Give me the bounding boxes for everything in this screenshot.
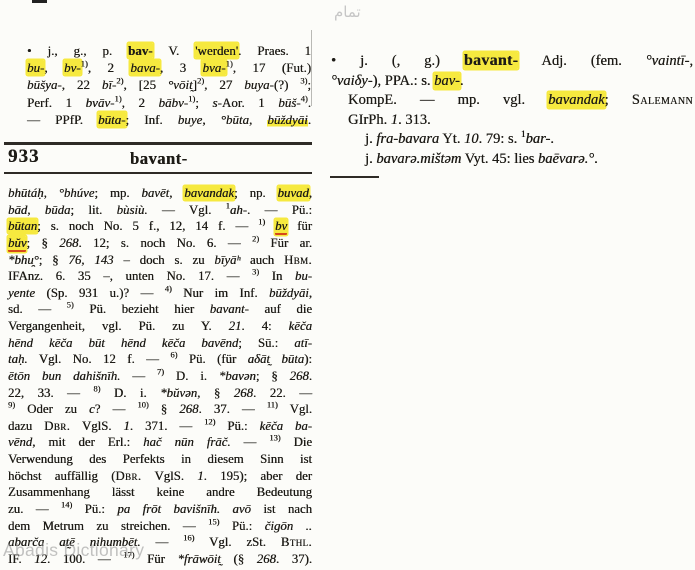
text-run: . 22. — <box>253 386 312 400</box>
text-line: höchst auffällig (Dbr. VglS. 1. 195); ab… <box>8 468 312 485</box>
text-run: *frāwōit̰ <box>177 552 220 566</box>
text-run: ah- <box>230 203 247 217</box>
text-run: bvāv- <box>86 95 115 110</box>
text-run: °vaiδy- <box>331 73 373 89</box>
text-run: — PPfP. <box>27 112 98 127</box>
text-run: ; § <box>39 253 69 267</box>
header-rule-top <box>4 142 312 145</box>
text-run: — <box>120 369 157 383</box>
text-run: GIrPh. <box>348 112 391 128</box>
text-run: bavēt <box>141 186 169 200</box>
text-run: , 3 <box>160 60 203 75</box>
text-run: Nur im Inf. <box>172 286 269 300</box>
column-number: 933 <box>8 146 40 168</box>
highlighted-text: būta- <box>98 112 125 127</box>
text-run: buye <box>178 112 203 127</box>
text-line: vēnd, mit der Erl.: hač nūn frāč. — 13) … <box>8 434 312 451</box>
text-line: IF. 12. 100. — 17) Für *frāwōit̰ (§ 268.… <box>8 551 312 568</box>
text-run: , <box>689 53 693 69</box>
text-run: , 22 <box>62 77 102 92</box>
text-run: . 371. — <box>130 419 204 433</box>
text-run: buya- <box>244 77 274 92</box>
highlighted-text: bv <box>275 219 287 235</box>
text-line: KompE. — mp. vgl. bavandak; Salemann <box>331 91 693 111</box>
text-run: 268 <box>179 402 198 416</box>
text-run: Dbr. <box>44 419 70 433</box>
text-line: būšya-, 22 bī-2), [25 °vōit̰]2), 27 buya… <box>27 76 311 93</box>
text-line: dem Metrum zu streichen. — 15) Pü.: čigō… <box>8 518 312 535</box>
text-run: , <box>249 112 267 127</box>
text-run: (?) <box>274 77 300 92</box>
text-run: ; § <box>256 369 290 383</box>
text-run: Dbr. <box>115 469 141 483</box>
text-run: bùsiù. <box>117 203 148 217</box>
text-line: Perf. 1 bvāv-1), 2 bābv-1); s-Aor. 1 būš… <box>27 94 311 111</box>
text-run: Vgl. zSt. <box>194 535 280 549</box>
text-run: . <box>594 151 598 167</box>
text-run: bar- <box>526 131 551 147</box>
text-line: yente (Sp. 931 u.)? — 4) Nur im Inf. būž… <box>8 285 312 302</box>
text-line: Verwendung des Perfekts in diesem Sinn i… <box>8 451 312 468</box>
text-run: . 195); aber der <box>204 469 312 483</box>
text-run: baēvarə.° <box>538 151 594 167</box>
text-run: pa frōt bavišnīh. <box>117 502 220 516</box>
text-line: 9) Oder zu c? — 10) § 268. 37. — 11) Vgl… <box>8 401 312 418</box>
text-line: bu-, bv-1), 2 bava-, 3 bva-1), 17 (Fut.) <box>27 59 311 76</box>
text-run: zu. — <box>8 502 61 516</box>
text-run: ; s. noch No. 5 f., 12, 14 f. — <box>37 219 258 233</box>
footnote-ref: 16) <box>183 533 194 543</box>
text-run: taḥ. <box>8 352 28 366</box>
text-run: 21 <box>229 319 242 333</box>
footnote-ref: 12) <box>204 416 215 426</box>
text-run: bavant- <box>210 302 249 316</box>
text-line: abarča at̰ē nihumbēt. — 16) Vgl. zSt. Bt… <box>8 534 312 551</box>
entry-bav: • j., g., p. bav- V. 'werden'. Praes. 1b… <box>10 42 311 128</box>
text-run: KompE. — mp. vgl. <box>348 92 548 108</box>
text-run: dem Metrum zu streichen. — <box>8 519 208 533</box>
text-run: (§ <box>221 552 257 566</box>
text-run: bābv- <box>158 95 188 110</box>
text-run: , 17 (Fut.) <box>233 60 311 75</box>
text-run: für <box>287 219 312 233</box>
running-headword: bavant- <box>130 149 188 169</box>
text-run: Pü. (für <box>177 352 247 366</box>
text-run: IFAnz. 6. 35 –, unten No. 17. — <box>8 269 252 283</box>
text-run: °vōit̰ <box>168 77 193 92</box>
text-run: *bavən <box>219 369 256 383</box>
text-run: sd. — <box>8 302 67 316</box>
text-run: ? — <box>95 402 138 416</box>
text-run: Oder zu <box>15 402 89 416</box>
text-line: *bhu̯°; § 76, 143 – doch s. zu bīyāʰ auc… <box>8 252 312 269</box>
text-run: bād <box>8 203 27 217</box>
text-run: °bhúve <box>59 186 95 200</box>
text-run: Vgl. <box>278 402 312 416</box>
text-run: . — Pü.: <box>247 203 312 217</box>
highlighted-text: bva- <box>202 60 225 75</box>
text-run: • j., g., p. <box>27 43 128 58</box>
entry-bavant: • j. (, g.) bavant- Adj. (fem. °vaintī-,… <box>331 51 693 170</box>
text-run: , <box>309 286 312 300</box>
text-run: 268 <box>257 552 276 566</box>
footnote-ref: 4) <box>165 283 172 293</box>
text-run: . <box>550 131 554 147</box>
text-run: Die <box>281 435 312 449</box>
footnote-ref: 7) <box>157 367 164 377</box>
text-run: 1 <box>391 112 398 128</box>
text-run: , § <box>197 386 234 400</box>
text-line: j. fra-bavara Yt. 10. 79: s. 1bar-. <box>331 130 693 150</box>
text-run: ; np. <box>234 186 277 200</box>
text-run: Pü.: <box>72 502 117 516</box>
text-run: , 27 <box>204 77 244 92</box>
text-run: -Aor. 1 <box>217 95 278 110</box>
text-run: – doch s. zu <box>113 253 214 267</box>
text-run: In <box>259 269 295 283</box>
text-run: IF. <box>8 552 34 566</box>
text-run: ), PPA.: s. <box>373 73 435 89</box>
text-line: sd. — 5) Pü. bezieht hier bavant- auf di… <box>8 301 312 318</box>
text-line: bād, būda; lit. bùsiù. — Vgl. 1ah-. — Pü… <box>8 202 312 219</box>
text-run: . 79: s. <box>478 131 520 147</box>
text-line: • j., g., p. bav- V. 'werden'. Praes. 1 <box>27 42 311 59</box>
text-run: abarča at̰ē nihumbēt. <box>8 535 141 549</box>
text-run: aδāt̰ būta <box>248 352 305 366</box>
text-line: zu. — 14) Pü.: pa frōt bavišnīh. avō ist… <box>8 501 312 518</box>
text-run: kēča ba- <box>260 419 312 433</box>
text-run: . <box>460 73 464 89</box>
text-run: . 37). <box>276 552 312 566</box>
text-run: °vaintī- <box>646 53 690 69</box>
footnote-ref: 4) <box>301 93 308 103</box>
text-run: Pü.: <box>219 519 264 533</box>
text-run: . 100. — <box>47 552 123 566</box>
highlighted-text: bavant- <box>464 52 518 69</box>
text-run: čigōn .. <box>265 519 312 533</box>
text-run: , <box>202 112 220 127</box>
text-run: ; lit. <box>70 203 116 217</box>
text-run: Yt. <box>439 131 464 147</box>
highlighted-text: bv- <box>64 60 81 75</box>
footnote-ref: 15) <box>208 516 219 526</box>
highlighted-text: 'werden' <box>195 43 238 58</box>
text-run: ; Inf. <box>126 112 178 127</box>
text-run: bavarə.mištəm <box>376 151 461 167</box>
text-run: Adj. (fem. <box>518 53 646 69</box>
text-line: hēnd kēča būt hēnd kēča bavēnd; Sū.: atī… <box>8 335 312 352</box>
text-run: D. i. <box>164 369 219 383</box>
text-run: ētōn bun dahišnīh. <box>8 369 120 383</box>
text-run: , <box>169 186 184 200</box>
highlighted-text: bavandak <box>184 186 234 200</box>
text-run: Hbm. <box>284 253 312 267</box>
text-run: Vergangenheit, vgl. Pü. zu Y. <box>8 319 229 333</box>
text-run: VglS. <box>141 469 197 483</box>
text-run: V. <box>153 43 196 58</box>
text-run: ; Sū.: <box>238 336 294 350</box>
text-line: taḥ. Vgl. No. 12 f. — 6) Pü. (für aδāt̰ … <box>8 351 312 368</box>
watermark-top: تمام <box>334 3 361 21</box>
text-run: fra-bavara <box>376 131 439 147</box>
text-line: dazu Dbr. VglS. 1. 371. — 12) Pü.: kēča … <box>8 418 312 435</box>
text-run: § <box>149 402 180 416</box>
text-run: 268 <box>59 236 78 250</box>
footnote-ref: 5) <box>67 300 74 310</box>
text-run: bhūtáḥ <box>8 186 44 200</box>
text-run: *bhu̯° <box>8 253 39 267</box>
text-run: 10 <box>464 131 479 147</box>
text-run: j. <box>365 151 376 167</box>
highlighted-text: bav- <box>434 73 460 89</box>
text-run: auch <box>240 253 284 267</box>
text-run: būšya- <box>27 77 62 92</box>
text-run: j. <box>365 131 376 147</box>
text-run: Zusammenhang lässt keine andre Bedeutung <box>8 485 312 499</box>
text-run: °būta <box>221 112 249 127</box>
header-rule-bottom <box>4 172 312 174</box>
text-run: Vyt. 45: lies <box>461 151 538 167</box>
text-run: ; § <box>26 236 59 250</box>
highlighted-text: bavandak <box>548 92 604 108</box>
text-run: . 12; s. noch No. 6. — <box>78 236 252 250</box>
text-run: auf die <box>249 302 312 316</box>
text-run: hač nūn frāč. <box>143 435 230 449</box>
text-run: 268 <box>234 386 253 400</box>
text-run: *bŭvən <box>160 386 197 400</box>
text-line: 22, 33. — 8) D. i. *bŭvən, § 268. 22. — <box>8 385 312 402</box>
text-run: Salemann <box>632 92 693 108</box>
text-run: vēnd <box>8 435 32 449</box>
text-line: IFAnz. 6. 35 –, unten No. 17. — 3) In bu… <box>8 268 312 285</box>
text-run: , <box>309 186 312 200</box>
text-run: ist nach <box>251 502 312 516</box>
text-run: ; <box>605 92 632 108</box>
text-run: yente <box>8 286 35 300</box>
text-run: Bthl. <box>281 535 312 549</box>
text-run: kēča <box>289 319 312 333</box>
text-run: — <box>141 535 184 549</box>
text-run: ; mp. <box>94 186 141 200</box>
text-run: . 37. — <box>198 402 266 416</box>
text-run: Für ar. <box>259 236 312 250</box>
text-run: bī- <box>102 77 116 92</box>
text-run: . 4: <box>241 319 288 333</box>
text-run: , <box>27 203 45 217</box>
entry-bavant-footnotes-column: bhūtáḥ, °bhúve; mp. bavēt, bavandak; np.… <box>8 185 312 567</box>
text-run: būda <box>45 203 71 217</box>
footnote-ref: 14) <box>61 500 72 510</box>
text-run: — <box>231 435 270 449</box>
text-run: , mit der Erl.: <box>32 435 143 449</box>
footnote-ref: 2) <box>252 234 259 244</box>
text-run: ; <box>195 95 212 110</box>
text-run: Pü.: <box>215 419 259 433</box>
text-run: VglS. <box>70 419 123 433</box>
text-run: Pü. bezieht hier <box>74 302 210 316</box>
text-line: j. bavarə.mištəm Vyt. 45: lies baēvarə.°… <box>331 150 693 170</box>
text-run: , <box>44 60 64 75</box>
column-divider-line <box>311 30 312 106</box>
highlighted-text: bu- <box>27 60 44 75</box>
text-line: Vergangenheit, vgl. Pü. zu Y. 21. 4: kēč… <box>8 318 312 335</box>
footnote-ref: 10) <box>137 400 148 410</box>
footnote-ref: 1) <box>114 93 121 103</box>
right-column-rule <box>330 176 379 178</box>
text-run: . <box>309 369 312 383</box>
highlighted-text: būtan <box>8 219 37 233</box>
text-run: . Praes. 1 <box>238 43 311 58</box>
text-run: avō <box>232 502 250 516</box>
highlighted-text: bav- <box>128 43 153 58</box>
text-run: • j. (, g.) <box>331 53 464 69</box>
text-line: bŭv; § 268. 12; s. noch No. 6. — 2) Für … <box>8 235 312 252</box>
text-run: būždyāi <box>269 286 309 300</box>
footnote-ref: 3) <box>252 267 259 277</box>
text-run: 12 <box>34 552 47 566</box>
text-run: , [25 <box>123 77 167 92</box>
text-line: ētōn bun dahišnīh. — 7) D. i. *bavən; § … <box>8 368 312 385</box>
text-run: , <box>44 186 59 200</box>
scanned-dictionary-page: تمام • j., g., p. bav- V. 'werden'. Prae… <box>0 0 695 570</box>
text-run: Für <box>134 552 177 566</box>
text-line: bhūtáḥ, °bhúve; mp. bavēt, bavandak; np.… <box>8 185 312 202</box>
text-line: °vaiδy-), PPA.: s. bav-. <box>331 72 693 92</box>
text-line: GIrPh. 1. 313. <box>331 111 693 131</box>
highlighted-text: būždyāi <box>267 112 307 127</box>
text-run: Vgl. No. 12 f. — <box>28 352 171 366</box>
text-run: , 2 <box>122 95 159 110</box>
text-line: • j. (, g.) bavant- Adj. (fem. °vaintī-, <box>331 51 693 72</box>
footnote-ref: 11) <box>267 400 278 410</box>
text-run: . <box>308 112 311 127</box>
text-run: atī- <box>294 336 312 350</box>
text-run: hēnd kēča būt hēnd kēča bavēnd <box>8 336 238 350</box>
footnote-ref: 13) <box>269 433 280 443</box>
text-run <box>265 219 275 233</box>
highlighted-text: bava- <box>130 60 160 75</box>
footnote-ref: 9) <box>8 400 15 410</box>
text-run: bīyāʰ <box>214 253 240 267</box>
scan-artifact-dash <box>32 0 47 3</box>
text-run: dazu <box>8 419 44 433</box>
text-line: — PPfP. būta-; Inf. buye, °būta, būždyāi… <box>27 111 311 128</box>
highlighted-text: buvad <box>278 186 309 200</box>
text-run: . 313. <box>398 112 431 128</box>
text-run: būš- <box>278 95 300 110</box>
footnote-ref: 17) <box>123 549 134 559</box>
text-run: Verwendung des Perfekts in diesem Sinn i… <box>8 452 312 466</box>
text-run: 268 <box>290 369 309 383</box>
text-line: Zusammenhang lässt keine andre Bedeutung <box>8 484 312 501</box>
text-run: 76, 143 <box>68 253 113 267</box>
text-run: höchst auffällig ( <box>8 469 115 483</box>
text-run: — Vgl. <box>148 203 226 217</box>
text-run: bu- <box>295 269 312 283</box>
text-run <box>220 502 232 516</box>
text-line: būtan; s. noch No. 5 f., 12, 14 f. — 1) … <box>8 218 312 235</box>
text-run: (Sp. 931 u.)? — <box>35 286 165 300</box>
text-run: , 2 <box>88 60 131 75</box>
footnote-ref: 1) <box>81 59 88 69</box>
text-run: ): <box>304 352 312 366</box>
text-run: Perf. 1 <box>27 95 86 110</box>
footnote-ref: 1) <box>226 59 233 69</box>
text-run: 22, 33. — <box>8 386 93 400</box>
highlighted-text: bŭv <box>8 236 26 252</box>
text-run: D. i. <box>100 386 160 400</box>
